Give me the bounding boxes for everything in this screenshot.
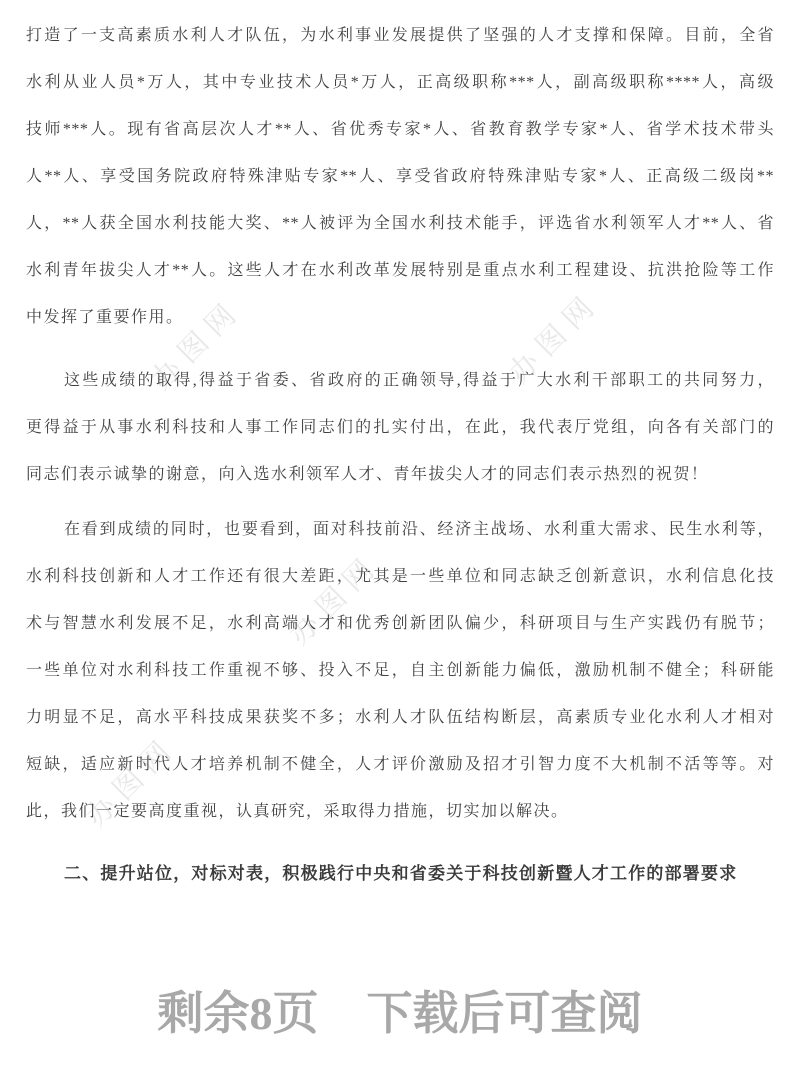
paragraph: 在看到成绩的同时，也要看到，面对科技前沿、经济主战场、水利重大需求、民生水利等，…: [26, 506, 774, 835]
remaining-pages-notice: 剩余8页下载后可查阅: [0, 984, 800, 1044]
text-line: 中发挥了重要作用。: [26, 294, 774, 341]
text-line: 在看到成绩的同时，也要看到，面对科技前沿、经济主战场、水利重大需求、民生水利等，: [26, 506, 774, 553]
text-line: 人**人、享受国务院政府特殊津贴专家**人、享受省政府特殊津贴专家*人、正高级二…: [26, 153, 774, 200]
section-heading: 二、提升站位，对标对表，积极践行中央和省委关于科技创新暨人才工作的部署要求: [26, 850, 774, 897]
text-line: 人，**人获全国水利技能大奖、**人被评为全国水利技术能手，评选省水利领军人才*…: [26, 200, 774, 247]
text-line: 水利科技创新和人才工作还有很大差距，尤其是一些单位和同志缺乏创新意识，水利信息化…: [26, 553, 774, 600]
download-hint-text: 下载后可查阅: [367, 988, 643, 1039]
text-line: 水利青年拔尖人才**人。这些人才在水利改革发展特别是重点水利工程建设、抗洪抢险等…: [26, 247, 774, 294]
document-page: 办图网 办图网 办图网 办图网 打造了一支高素质水利人才队伍，为水利事业发展提供…: [0, 0, 800, 1092]
remaining-pages-text: 剩余8页: [158, 988, 319, 1039]
text-line: 水利从业人员*万人，其中专业技术人员*万人，正高级职称***人，副高级职称***…: [26, 59, 774, 106]
paragraph: 打造了一支高素质水利人才队伍，为水利事业发展提供了坚强的人才支撑和保障。目前，全…: [26, 12, 774, 341]
text-line: 一些单位对水利科技工作重视不够、投入不足，自主创新能力偏低，激励机制不健全；科研…: [26, 647, 774, 694]
text-line: 同志们表示诚挚的谢意，向入选水利领军人才、青年拔尖人才的同志们表示热烈的祝贺！: [26, 451, 774, 498]
paragraph: 这些成绩的取得,得益于省委、省政府的正确领导,得益于广大水利干部职工的共同努力，…: [26, 357, 774, 498]
text-line: 力明显不足，高水平科技成果获奖不多；水利人才队伍结构断层，高素质专业化水利人才相…: [26, 694, 774, 741]
document-body: 打造了一支高素质水利人才队伍，为水利事业发展提供了坚强的人才支撑和保障。目前，全…: [0, 0, 800, 897]
text-line: 技师***人。现有省高层次人才**人、省优秀专家*人、省教育教学专家*人、省学术…: [26, 106, 774, 153]
text-line: 此，我们一定要高度重视，认真研究，采取得力措施，切实加以解决。: [26, 788, 774, 835]
text-line: 打造了一支高素质水利人才队伍，为水利事业发展提供了坚强的人才支撑和保障。目前，全…: [26, 12, 774, 59]
text-line: 术与智慧水利发展不足，水利高端人才和优秀创新团队偏少，科研项目与生产实践仍有脱节…: [26, 600, 774, 647]
text-line: 这些成绩的取得,得益于省委、省政府的正确领导,得益于广大水利干部职工的共同努力，: [26, 357, 774, 404]
text-line: 短缺，适应新时代人才培养机制不健全，人才评价激励及招才引智力度不大机制不活等等。…: [26, 741, 774, 788]
text-line: 更得益于从事水利科技和人事工作同志们的扎实付出，在此，我代表厅党组，向各有关部门…: [26, 404, 774, 451]
